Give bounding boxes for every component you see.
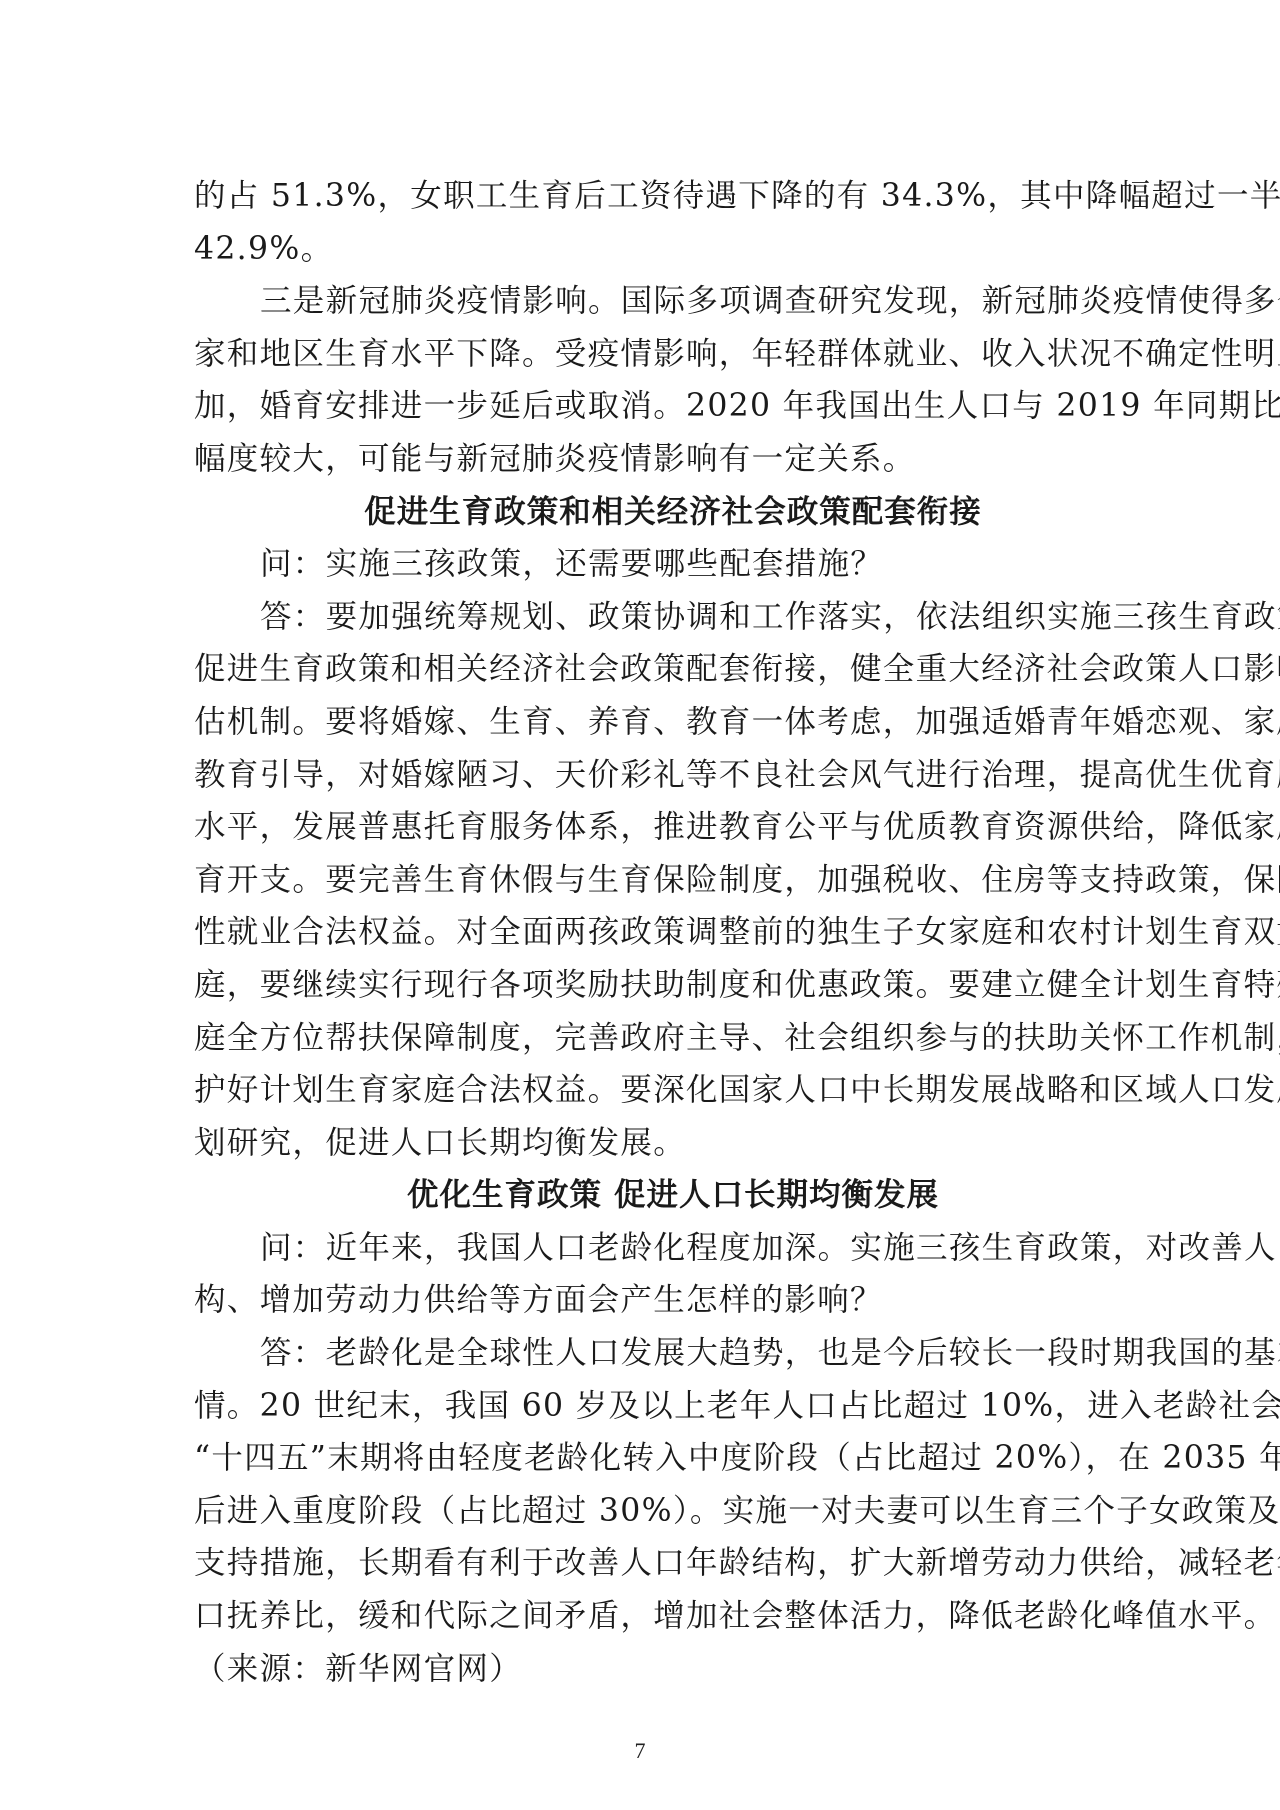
- answer-line: 庭，要继续实行现行各项奖励扶助制度和优惠政策。要建立健全计划生育特殊家: [194, 959, 1152, 1012]
- section-heading-policy-coordination: 促进生育政策和相关经济社会政策配套衔接: [194, 486, 1152, 539]
- answer-line: 估机制。要将婚嫁、生育、养育、教育一体考虑，加强适婚青年婚恋观、家庭观: [194, 696, 1152, 749]
- answer-line: 庭全方位帮扶保障制度，完善政府主导、社会组织参与的扶助关怀工作机制，维: [194, 1012, 1152, 1065]
- answer-line: 护好计划生育家庭合法权益。要深化国家人口中长期发展战略和区域人口发展规: [194, 1064, 1152, 1117]
- answer-line: 口抚养比，缓和代际之间矛盾，增加社会整体活力，降低老龄化峰值水平。: [194, 1590, 1152, 1643]
- question-line: 问：近年来，我国人口老龄化程度加深。实施三孩生育政策，对改善人口结: [194, 1222, 1152, 1275]
- paragraph-covid-line: 三是新冠肺炎疫情影响。国际多项调查研究发现，新冠肺炎疫情使得多个国: [194, 275, 1152, 328]
- answer-line: 情。20 世纪末，我国 60 岁及以上老年人口占比超过 10%，进入老龄社会，预…: [194, 1380, 1152, 1433]
- source-citation: （来源：新华网官网）: [194, 1643, 1152, 1696]
- answer-line: 促进生育政策和相关经济社会政策配套衔接，健全重大经济社会政策人口影响评: [194, 643, 1152, 696]
- answer-line: 育开支。要完善生育休假与生育保险制度，加强税收、住房等支持政策，保障女: [194, 854, 1152, 907]
- answer-line: 后进入重度阶段（占比超过 30%）。实施一对夫妻可以生育三个子女政策及配套: [194, 1485, 1152, 1538]
- paragraph-covid-line: 家和地区生育水平下降。受疫情影响，年轻群体就业、收入状况不确定性明显增: [194, 328, 1152, 381]
- answer-line: 答：要加强统筹规划、政策协调和工作落实，依法组织实施三孩生育政策，: [194, 591, 1152, 644]
- answer-line: “十四五”末期将由轻度老龄化转入中度阶段（占比超过 20%），在 2035 年前: [194, 1432, 1152, 1485]
- text-line: 42.9%。: [194, 223, 1152, 276]
- question-line: 构、增加劳动力供给等方面会产生怎样的影响？: [194, 1274, 1152, 1327]
- section-heading-population-balance: 优化生育政策 促进人口长期均衡发展: [194, 1169, 1152, 1222]
- document-page: 的占 51.3%，女职工生育后工资待遇下降的有 34.3%，其中降幅超过一半的达…: [0, 0, 1280, 1810]
- paragraph-covid-line: 加，婚育安排进一步延后或取消。2020 年我国出生人口与 2019 年同期比较下…: [194, 380, 1152, 433]
- paragraph-covid-line: 幅度较大，可能与新冠肺炎疫情影响有一定关系。: [194, 433, 1152, 486]
- answer-line: 划研究，促进人口长期均衡发展。: [194, 1117, 1152, 1170]
- answer-line: 教育引导，对婚嫁陋习、天价彩礼等不良社会风气进行治理，提高优生优育服务: [194, 749, 1152, 802]
- text-line: 的占 51.3%，女职工生育后工资待遇下降的有 34.3%，其中降幅超过一半的达: [194, 170, 1152, 223]
- page-number: 7: [0, 1738, 1280, 1764]
- question-text: 问：实施三孩政策，还需要哪些配套措施？: [194, 538, 1152, 591]
- answer-line: 性就业合法权益。对全面两孩政策调整前的独生子女家庭和农村计划生育双女家: [194, 906, 1152, 959]
- answer-line: 水平，发展普惠托育服务体系，推进教育公平与优质教育资源供给，降低家庭教: [194, 801, 1152, 854]
- body-text: 的占 51.3%，女职工生育后工资待遇下降的有 34.3%，其中降幅超过一半的达…: [194, 170, 1152, 1695]
- answer-line: 支持措施，长期看有利于改善人口年龄结构，扩大新增劳动力供给，减轻老年人: [194, 1537, 1152, 1590]
- answer-line: 答：老龄化是全球性人口发展大趋势，也是今后较长一段时期我国的基本国: [194, 1327, 1152, 1380]
